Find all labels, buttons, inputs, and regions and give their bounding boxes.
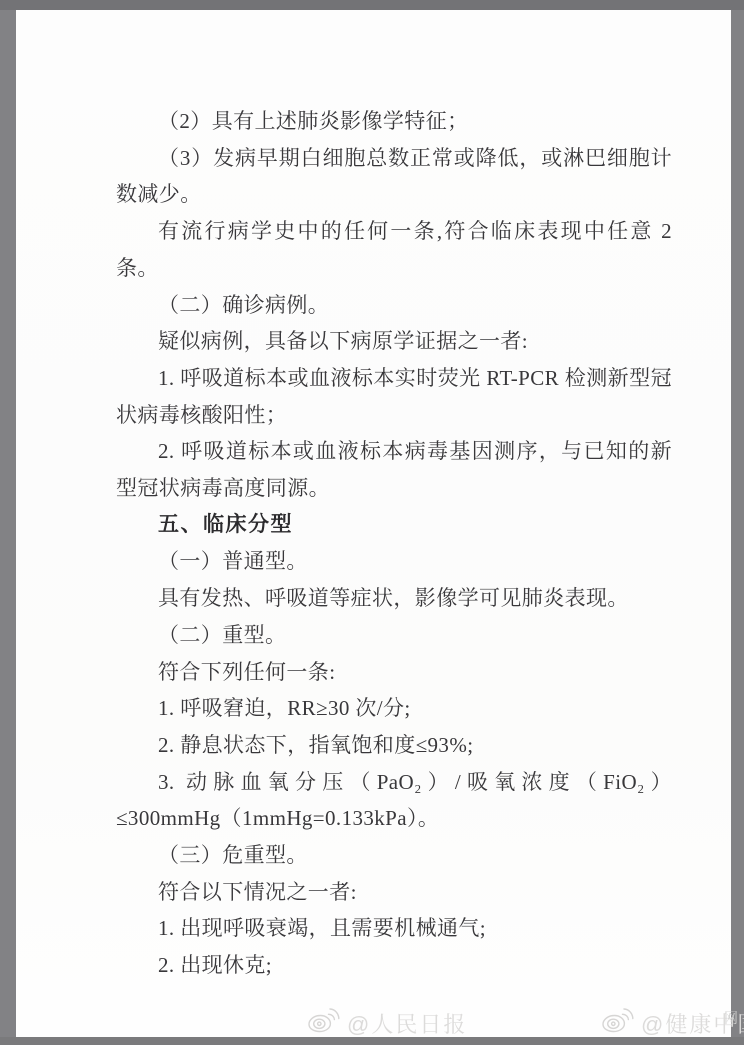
document-page: （2）具有上述肺炎影像学特征； （3）发病早期白细胞总数正常或降低，或淋巴细胞计…	[16, 10, 731, 1037]
watermark-health-china: @健康中国	[600, 1006, 744, 1040]
doc-paragraph: 2. 呼吸道标本或血液标本病毒基因测序，与已知的新型冠状病毒高度同源。	[116, 433, 672, 506]
doc-paragraph: （二）确诊病例。	[116, 287, 672, 324]
doc-paragraph: 具有发热、呼吸道等症状，影像学可见肺炎表现。	[116, 580, 672, 617]
doc-paragraph: 符合下列任何一条:	[116, 654, 672, 691]
doc-paragraph: （三）危重型。	[116, 837, 672, 874]
watermark-edge-text: 网	[724, 1008, 738, 1028]
section-heading-clinical-types: 五、临床分型	[116, 507, 672, 544]
doc-paragraph: 有流行病学史中的任何一条,符合临床表现中任意 2 条。	[116, 213, 672, 286]
doc-paragraph: （3）发病早期白细胞总数正常或降低，或淋巴细胞计数减少。	[116, 140, 672, 213]
watermark-label: @人民日报	[347, 1008, 467, 1039]
doc-paragraph: （一）普通型。	[116, 543, 672, 580]
scan-border-top	[0, 0, 744, 10]
watermark-people-daily: @人民日报	[306, 1006, 467, 1040]
doc-paragraph: 1. 呼吸道标本或血液标本实时荧光 RT-PCR 检测新型冠状病毒核酸阳性；	[116, 360, 672, 433]
doc-paragraph: （2）具有上述肺炎影像学特征；	[116, 103, 672, 140]
screenshot-canvas: （2）具有上述肺炎影像学特征； （3）发病早期白细胞总数正常或降低，或淋巴细胞计…	[0, 0, 744, 1045]
doc-paragraph: 2. 出现休克;	[116, 947, 672, 984]
doc-paragraph: （二）重型。	[116, 617, 672, 654]
document-body: （2）具有上述肺炎影像学特征； （3）发病早期白细胞总数正常或降低，或淋巴细胞计…	[16, 10, 731, 984]
weibo-icon	[600, 1006, 634, 1040]
doc-paragraph: 符合以下情况之一者:	[116, 874, 672, 911]
doc-paragraph: 1. 呼吸窘迫，RR≥30 次/分;	[116, 690, 672, 727]
doc-paragraph: 2. 静息状态下，指氧饱和度≤93%;	[116, 727, 672, 764]
weibo-icon	[306, 1006, 340, 1040]
doc-paragraph: 1. 出现呼吸衰竭，且需要机械通气;	[116, 910, 672, 947]
scan-border-bottom	[0, 1037, 744, 1045]
doc-paragraph: 3. 动脉血氧分压（PaO₂）/吸氧浓度（FiO₂）≤300mmHg（1mmHg…	[116, 764, 672, 837]
doc-paragraph: 疑似病例，具备以下病原学证据之一者:	[116, 323, 672, 360]
